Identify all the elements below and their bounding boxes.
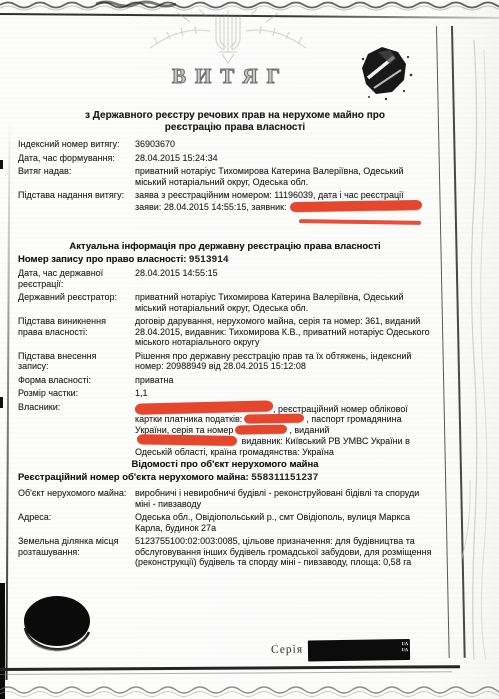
bottom-wavy-border — [0, 682, 499, 699]
field-value: приватний нотаріус Тихомирова Катерина В… — [135, 166, 432, 187]
field-label: Індексний номер витягу: — [18, 139, 135, 150]
field-value: 28.04.2015 15:24:34 — [135, 153, 432, 164]
scanned-extract-document: ВИТЯГ з Державного реєстру речових прав … — [0, 0, 499, 699]
field-row-ownership-form: Форма власності: приватна — [18, 375, 432, 386]
field-row-record-basis: Підстава внесення запису: Рішення про де… — [18, 351, 432, 372]
field-label: Розмір частки: — [18, 388, 135, 399]
left-frame-border — [6, 120, 10, 680]
ownership-section-heading: Актуальна інформація про державну реєстр… — [18, 241, 432, 252]
field-label: Дата, час формування: — [18, 153, 135, 164]
redaction-underline-mark — [299, 219, 421, 224]
field-label: Підстава виникнення права власності: — [18, 316, 135, 348]
scanner-artifact-lines — [462, 40, 499, 660]
redaction-scribble-owner-name — [135, 400, 273, 414]
field-row-issued-by: Витяг надав: приватний нотаріус Тихомиро… — [18, 166, 432, 187]
field-label: Державний реєстратор: — [18, 292, 135, 313]
redaction-scribble-applicant — [290, 199, 422, 211]
redaction-scribble-passport-number — [235, 424, 287, 434]
field-row-owners: Власники: , реєстраційний номер обліково… — [18, 402, 432, 458]
redaction-scribble-tax-number — [244, 413, 304, 423]
document-title-line1: з Державного реєстру речових прав на нер… — [30, 110, 440, 122]
extract-info-section: Індексний номер витягу: 36903670 Дата, ч… — [18, 139, 432, 215]
ua-watermark-letters: UAUA — [402, 641, 409, 652]
record-number-label: Номер запису про право власності: — [18, 254, 186, 265]
field-row-address: Адреса: Одеська обл., Овідіопольський р.… — [18, 512, 432, 533]
ua-mark: UA — [402, 647, 409, 652]
field-label: Об'єкт нерухомого майна: — [18, 488, 135, 509]
record-number-label: Реєстраційний номер об'єкта нерухомого м… — [18, 472, 249, 483]
series-label: Серія — [271, 641, 303, 656]
ua-mark: UA — [402, 641, 409, 646]
scan-edge-mark — [0, 160, 3, 169]
round-ink-seal-icon — [19, 594, 95, 660]
field-value: 1,1 — [135, 388, 432, 399]
property-fields-section: Об'єкт нерухомого майна: виробничі і нев… — [18, 488, 432, 571]
field-row-share-size: Розмір частки: 1,1 — [18, 388, 432, 399]
field-row-formation-date: Дата, час формування: 28.04.2015 15:24:3… — [18, 153, 432, 164]
field-value: 36903670 — [135, 139, 432, 150]
ownership-fields-section: Дата, час державної реєстрації: 28.04.20… — [18, 268, 432, 460]
field-value: договір дарування, нерухомого майна, сер… — [135, 316, 432, 348]
document-title-line2: реєстрацію права власності — [30, 122, 440, 134]
field-row-index-number: Індексний номер витягу: 36903670 — [18, 139, 432, 150]
field-label: Дата, час державної реєстрації: — [18, 268, 135, 289]
series-line: СеріяUAUA — [271, 639, 410, 665]
field-label: Форма власності: — [18, 375, 135, 386]
record-number-value: 9513914 — [189, 254, 229, 265]
redaction-scribble-issue-date — [137, 434, 237, 446]
field-row-property-object: Об'єкт нерухомого майна: виробничі і нев… — [18, 488, 432, 509]
document-watermark-title: ВИТЯГ — [148, 64, 313, 89]
field-value: Рішення про державну реєстрацію прав та … — [135, 351, 432, 372]
field-row-land-parcel: Земельна ділянка місця розташування: 512… — [18, 536, 432, 568]
field-row-registration-date: Дата, час державної реєстрації: 28.04.20… — [18, 268, 432, 289]
field-value: заява з реєстраційним номером: 11196039,… — [135, 190, 432, 212]
record-number-value: 558311151237 — [251, 472, 318, 483]
ukraine-trident-emblem-icon — [128, 8, 328, 68]
field-value: 28.04.2015 14:55:15 — [135, 268, 432, 289]
field-label: Витяг надав: — [18, 166, 135, 187]
property-record-number-line: Реєстраційний номер об'єкта нерухомого м… — [18, 472, 438, 483]
bottom-rule-line — [0, 665, 460, 670]
property-section-heading: Відомості про об'єкт нерухомого майна — [18, 459, 432, 470]
field-label: Власники: — [18, 402, 135, 458]
bottom-rule-line-thin — [0, 671, 452, 675]
ownership-record-number-line: Номер запису про право власності: 951391… — [18, 254, 438, 265]
document-title: з Державного реєстру речових прав на нер… — [30, 110, 440, 134]
field-value: виробничі і невиробничі будівлі - реконс… — [135, 488, 432, 509]
field-value: Одеська обл., Овідіопольський р., смт Ов… — [135, 512, 432, 533]
field-label: Підстава надання витягу: — [18, 190, 135, 212]
scan-edge-mark — [0, 397, 3, 408]
field-value: приватний нотаріус Тихомирова Катерина В… — [135, 292, 432, 313]
field-label: Земельна ділянка місця розташування: — [18, 536, 135, 568]
field-label: Підстава внесення запису: — [18, 351, 135, 372]
owners-text-segment: , виданий — [289, 425, 329, 435]
owners-value: , реєстраційний номер облікової картки п… — [135, 402, 432, 458]
ink-stamp-smudge-icon — [360, 44, 414, 104]
field-row-extract-basis: Підстава надання витягу: заява з реєстра… — [18, 190, 432, 212]
field-value: приватна — [135, 375, 432, 386]
field-row-ownership-basis: Підстава виникнення права власності: дог… — [18, 316, 432, 348]
field-label: Адреса: — [18, 512, 135, 533]
series-number-redaction-box: UAUA — [308, 639, 410, 661]
field-value: 5123755100:02:003:0085, цільове призначе… — [135, 536, 432, 568]
field-row-state-registrar: Державний реєстратор: приватний нотаріус… — [18, 292, 432, 313]
